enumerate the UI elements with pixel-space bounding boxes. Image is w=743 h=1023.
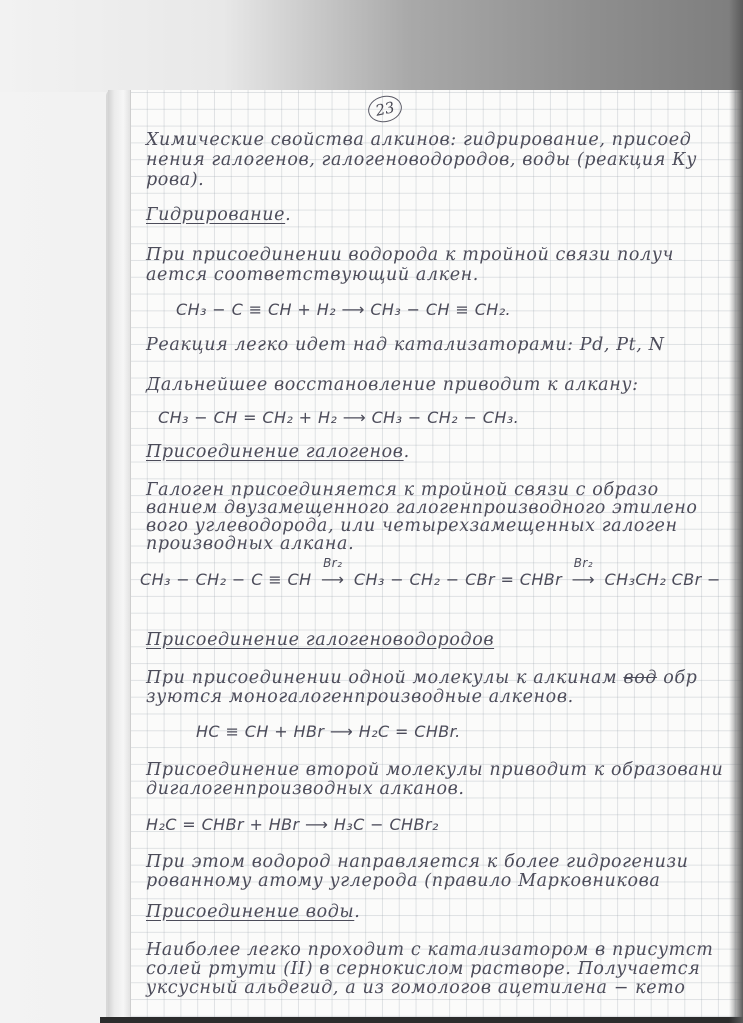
formula-part: CH₃ − CH₂ − CBr = CHBr [354,570,562,589]
formula-right: CH₃ − CH₂ − CH₃. [372,408,520,427]
paragraph-line: Галоген присоединяется к тройной связи с… [146,480,659,500]
scanner-bottom-edge [100,1017,743,1023]
formula-alkene-hydrogenation: CH₃ − CH = CH₂ + H₂ ⟶ CH₃ − CH₂ − CH₃. [158,408,519,427]
heading-text: Гидрирование [146,205,285,225]
section-heading-halogens: Присоединение галогенов. [146,442,410,462]
reaction-arrow-icon: ⟶ [330,722,353,741]
formula-part: CH₃CH₂ CBr − [605,570,721,589]
paragraph-line: При этом водород направляется к более ги… [146,852,689,872]
formula-part: CH₃ − CH₂ − C ≡ CH [140,570,312,589]
reagent-label: Br₂ [574,556,593,570]
text-fragment: При присоединении одной молекулы к алкин… [146,668,617,688]
paragraph-line: Присоединение второй молекулы приводит к… [146,760,723,780]
struck-text: вод [623,668,657,688]
heading-text: Присоединение галогеноводородов [146,630,494,650]
reaction-arrow-icon: ⟶ [305,815,328,834]
formula-hbr-addition-2: H₂C = CHBr + HBr ⟶ H₃C − CHBr₂ [146,815,439,834]
heading-punct: . [354,902,360,922]
page-number: 23 [366,93,405,126]
reaction-arrow-icon: ⟶ [572,570,595,589]
heading-punct: . [404,442,410,462]
section-heading-hydrogenation: Гидрирование. [146,205,291,225]
formula-right: H₃C − CHBr₂ [334,815,439,834]
notebook-page: 23 Химические свойства алкинов: гидриров… [108,90,743,1018]
intro-line: рова). [146,170,204,190]
formula-hbr-addition-1: HC ≡ CH + HBr ⟶ H₂C = CHBr. [196,722,461,741]
section-heading-water: Присоединение воды. [146,902,360,922]
heading-text: Присоединение воды [146,902,354,922]
paragraph-line: Наиболее легко проходит с катализатором … [146,940,713,960]
text-fragment: обр [663,668,697,688]
reaction-arrow-icon: ⟶ [321,570,344,589]
formula-left: HC ≡ CH + HBr [196,722,324,741]
reaction-arrow-with-reagent: Br₂ ⟶ [317,570,348,589]
reaction-arrow-icon: ⟶ [341,300,364,319]
paragraph-line: Реакция легко идет над катализаторами: P… [146,335,664,355]
formula-right: H₂C = CHBr. [359,722,461,741]
intro-line: Химические свойства алкинов: гидрировани… [146,130,691,150]
paragraph-line: производных алкана. [146,534,354,554]
page-binding [108,90,131,1018]
paragraph-line: дигалогенпроизводных алканов. [146,779,465,799]
formula-left: CH₃ − C ≡ CH + H₂ [176,300,336,319]
paragraph-line: солей ртути (II) в сернокислом растворе.… [146,959,700,979]
paragraph-line: Дальнейшее восстановление приводит к алк… [146,375,639,395]
formula-left: CH₃ − CH = CH₂ + H₂ [158,408,337,427]
formula-right: CH₃ − CH ≡ CH₂. [370,300,511,319]
paragraph-line: зуются моногалогенпроизводные алкенов. [146,687,574,707]
paragraph-line: уксусный альдегид, а из гомологов ацетил… [146,978,686,998]
formula-bromination: CH₃ − CH₂ − C ≡ CH Br₂ ⟶ CH₃ − CH₂ − CBr… [140,570,721,589]
paragraph-line: рованному атому углерода (правило Марков… [146,871,660,891]
heading-text: Присоединение галогенов [146,442,404,462]
reagent-label: Br₂ [323,556,342,570]
paragraph-line: ается соответствующий алкен. [146,265,479,285]
formula-left: H₂C = CHBr + HBr [146,815,300,834]
section-heading-hydrogen-halides: Присоединение галогеноводородов [146,630,494,650]
scanner-edge-shadow [729,0,743,1023]
paragraph-line: При присоединении одной молекулы к алкин… [146,668,697,688]
paragraph-line: При присоединении водорода к тройной свя… [146,245,674,265]
paragraph-line: ванием двузамещенного галогенпроизводног… [146,498,697,518]
formula-alkyne-hydrogenation: CH₃ − C ≡ CH + H₂ ⟶ CH₃ − CH ≡ CH₂. [176,300,511,319]
reaction-arrow-icon: ⟶ [343,408,366,427]
reaction-arrow-with-reagent: Br₂ ⟶ [568,570,599,589]
heading-punct: . [285,205,291,225]
intro-line: нения галогенов, галогеноводородов, воды… [146,150,697,170]
paragraph-line: вого углеводорода, или четырехзамещенных… [146,516,678,536]
scanner-background [0,0,743,92]
